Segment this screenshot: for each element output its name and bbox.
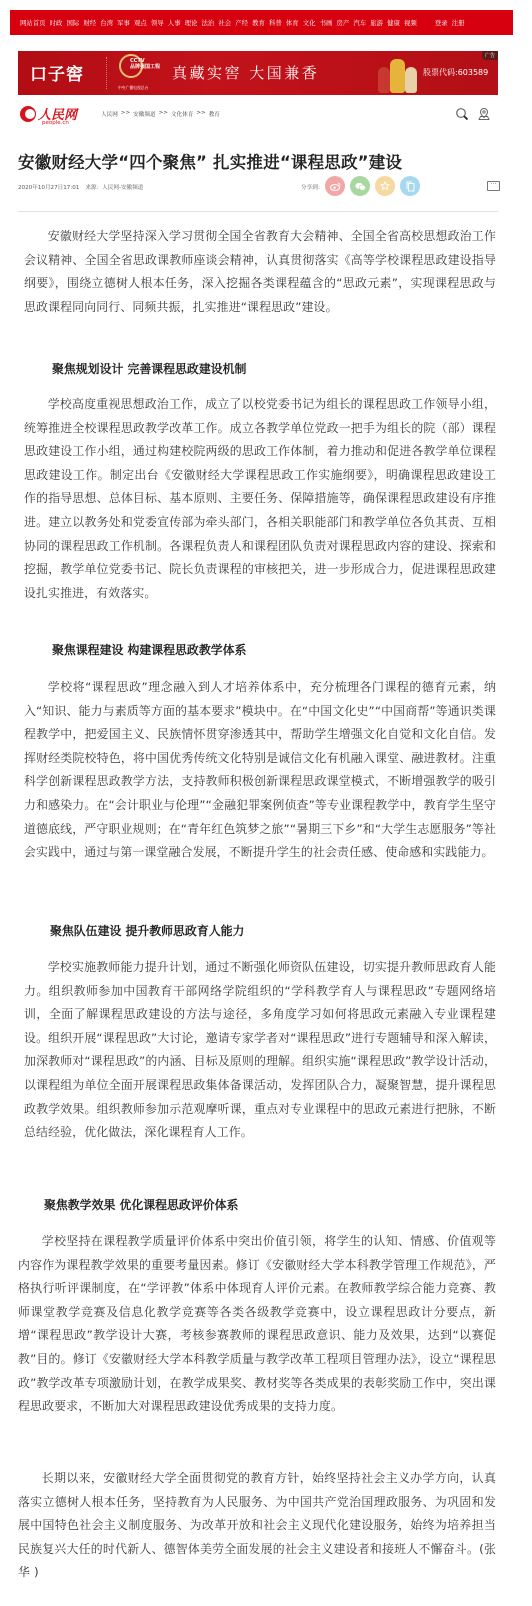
ad-slogan: 真藏实窖 大国兼香 [172, 62, 319, 83]
nav-item-auto[interactable]: 汽车 [353, 18, 366, 27]
logo-mark-icon [20, 106, 36, 122]
nav-item-realestate[interactable]: 房产 [337, 18, 350, 27]
nav-item-personnel[interactable]: 人事 [168, 18, 181, 27]
nav-item-international[interactable]: 国际 [67, 18, 80, 27]
nav-item-law[interactable]: 法治 [202, 18, 215, 27]
ad-cctv-subtitle: 中央广播电视总台 [118, 85, 148, 91]
wechat-icon [355, 182, 366, 191]
nav-item-education[interactable]: 教育 [252, 18, 265, 27]
nav-item-home[interactable]: 网站首页 [20, 18, 46, 27]
section-heading: 聚焦队伍建设 提升教师思政育人能力 [50, 922, 244, 939]
header-divider [18, 211, 498, 212]
copy-icon [406, 181, 415, 192]
breadcrumb: 人民网 >> 安徽频道 >> 文化体育 >> 教育 [101, 110, 220, 118]
nav-item-video[interactable]: 视频 [404, 18, 417, 27]
ad-cctv-text: CCTV品牌强国工程 [130, 58, 160, 70]
ad-banner[interactable]: 口子窖 CCTV品牌强国工程 中央广播电视总台 真藏实窖 大国兼香 股票代码:6… [18, 51, 498, 95]
star-icon [380, 181, 390, 191]
weibo-icon [330, 182, 341, 191]
article-paragraph: 学校实施教师能力提升计划，通过不断强化师资队伍建设，切实提升教师思政育人能力。组… [24, 956, 496, 1145]
logo-en-text: people.cn [42, 120, 69, 126]
article-paragraph: 学校将“课程思政”理念融入到人才培养体系中，充分梳理各门课程的德育元素，纳入“知… [24, 676, 496, 865]
breadcrumb-separator: >> [196, 110, 205, 118]
comment-icon[interactable]: ··· [487, 181, 500, 191]
register-link[interactable]: 注册 [452, 18, 465, 27]
nav-item-society[interactable]: 社会 [218, 18, 231, 27]
nav-item-travel[interactable]: 旅游 [370, 18, 383, 27]
breadcrumb-separator: >> [159, 110, 168, 118]
people-cn-logo[interactable]: 人民网 people.cn [20, 104, 80, 128]
nav-item-health[interactable]: 健康 [387, 18, 400, 27]
share-copy-button[interactable] [400, 176, 420, 196]
breadcrumb-culture-sports[interactable]: 文化体育 [171, 110, 193, 118]
ad-stock-code: 股票代码:603589 [423, 67, 488, 78]
nav-item-industry[interactable]: 产经 [235, 18, 248, 27]
section-heading: 聚焦教学效果 优化课程思政评价体系 [44, 1196, 238, 1213]
location-pin-icon[interactable] [477, 107, 491, 121]
nav-item-theory[interactable]: 理论 [185, 18, 198, 27]
article-source[interactable]: 来源：人民网-安徽频道 [85, 183, 143, 191]
nav-item-taiwan[interactable]: 台湾 [100, 18, 113, 27]
nav-item-science[interactable]: 科普 [269, 18, 282, 27]
ad-tag: 广告 [482, 51, 498, 60]
nav-item-calligraphy[interactable]: 书画 [320, 18, 333, 27]
share-weibo-button[interactable] [325, 176, 345, 196]
share-favorite-button[interactable] [375, 176, 395, 196]
nav-item-politics[interactable]: 时政 [50, 18, 63, 27]
breadcrumb-education[interactable]: 教育 [209, 110, 220, 118]
nav-item-leaders[interactable]: 领导 [151, 18, 164, 27]
article-paragraph: 学校坚持在课程教学质量评价体系中突出价值引领，将学生的认知、情感、价值观等内容作… [18, 1230, 496, 1419]
ad-brand-name: 口子窖 [30, 60, 84, 85]
nav-item-military[interactable]: 军事 [117, 18, 130, 27]
share-wechat-button[interactable] [350, 176, 370, 196]
article-meta: 2020年10月27日17:01 来源：人民网-安徽频道 [18, 183, 143, 191]
login-link[interactable]: 登录 [435, 18, 448, 27]
article-paragraph: 学校高度重视思想政治工作，成立了以校党委书记为组长的课程思政工作领导小组，统筹推… [24, 393, 496, 605]
article-paragraph: 长期以来，安徽财经大学全面贯彻党的教育方针，始终坚持社会主义办学方向，认真落实立… [18, 1467, 496, 1585]
article-title: 安徽财经大学“四个聚焦” 扎实推进“课程思政”建设 [18, 149, 402, 173]
breadcrumb-anhui[interactable]: 安徽频道 [133, 110, 155, 118]
ad-cctv-line2: 品牌强国工程 [130, 64, 160, 70]
article-paragraph: 安徽财经大学坚持深入学习贯彻全国全省教育大会精神、全国全省高校思想政治工作会议精… [24, 225, 496, 319]
breadcrumb-separator: >> [121, 110, 130, 118]
nav-item-culture[interactable]: 文化 [303, 18, 316, 27]
top-navigation-bar: 网站首页 时政 国际 财经 台湾 军事 观点 领导 人事 理论 法治 社会 产经… [10, 10, 513, 35]
nav-item-sports[interactable]: 体育 [286, 18, 299, 27]
breadcrumb-home[interactable]: 人民网 [101, 110, 118, 118]
ad-separator [106, 57, 107, 89]
section-heading: 聚焦规划设计 完善课程思政建设机制 [52, 360, 246, 377]
nav-item-finance[interactable]: 财经 [83, 18, 96, 27]
article-datetime: 2020年10月27日17:01 [18, 183, 79, 191]
search-icon[interactable] [455, 107, 469, 121]
section-heading: 聚焦课程建设 构建课程思政教学体系 [52, 641, 246, 658]
nav-item-opinion[interactable]: 观点 [134, 18, 147, 27]
share-label: 分享到： [301, 183, 323, 191]
liquor-bottles-icon [370, 53, 424, 93]
